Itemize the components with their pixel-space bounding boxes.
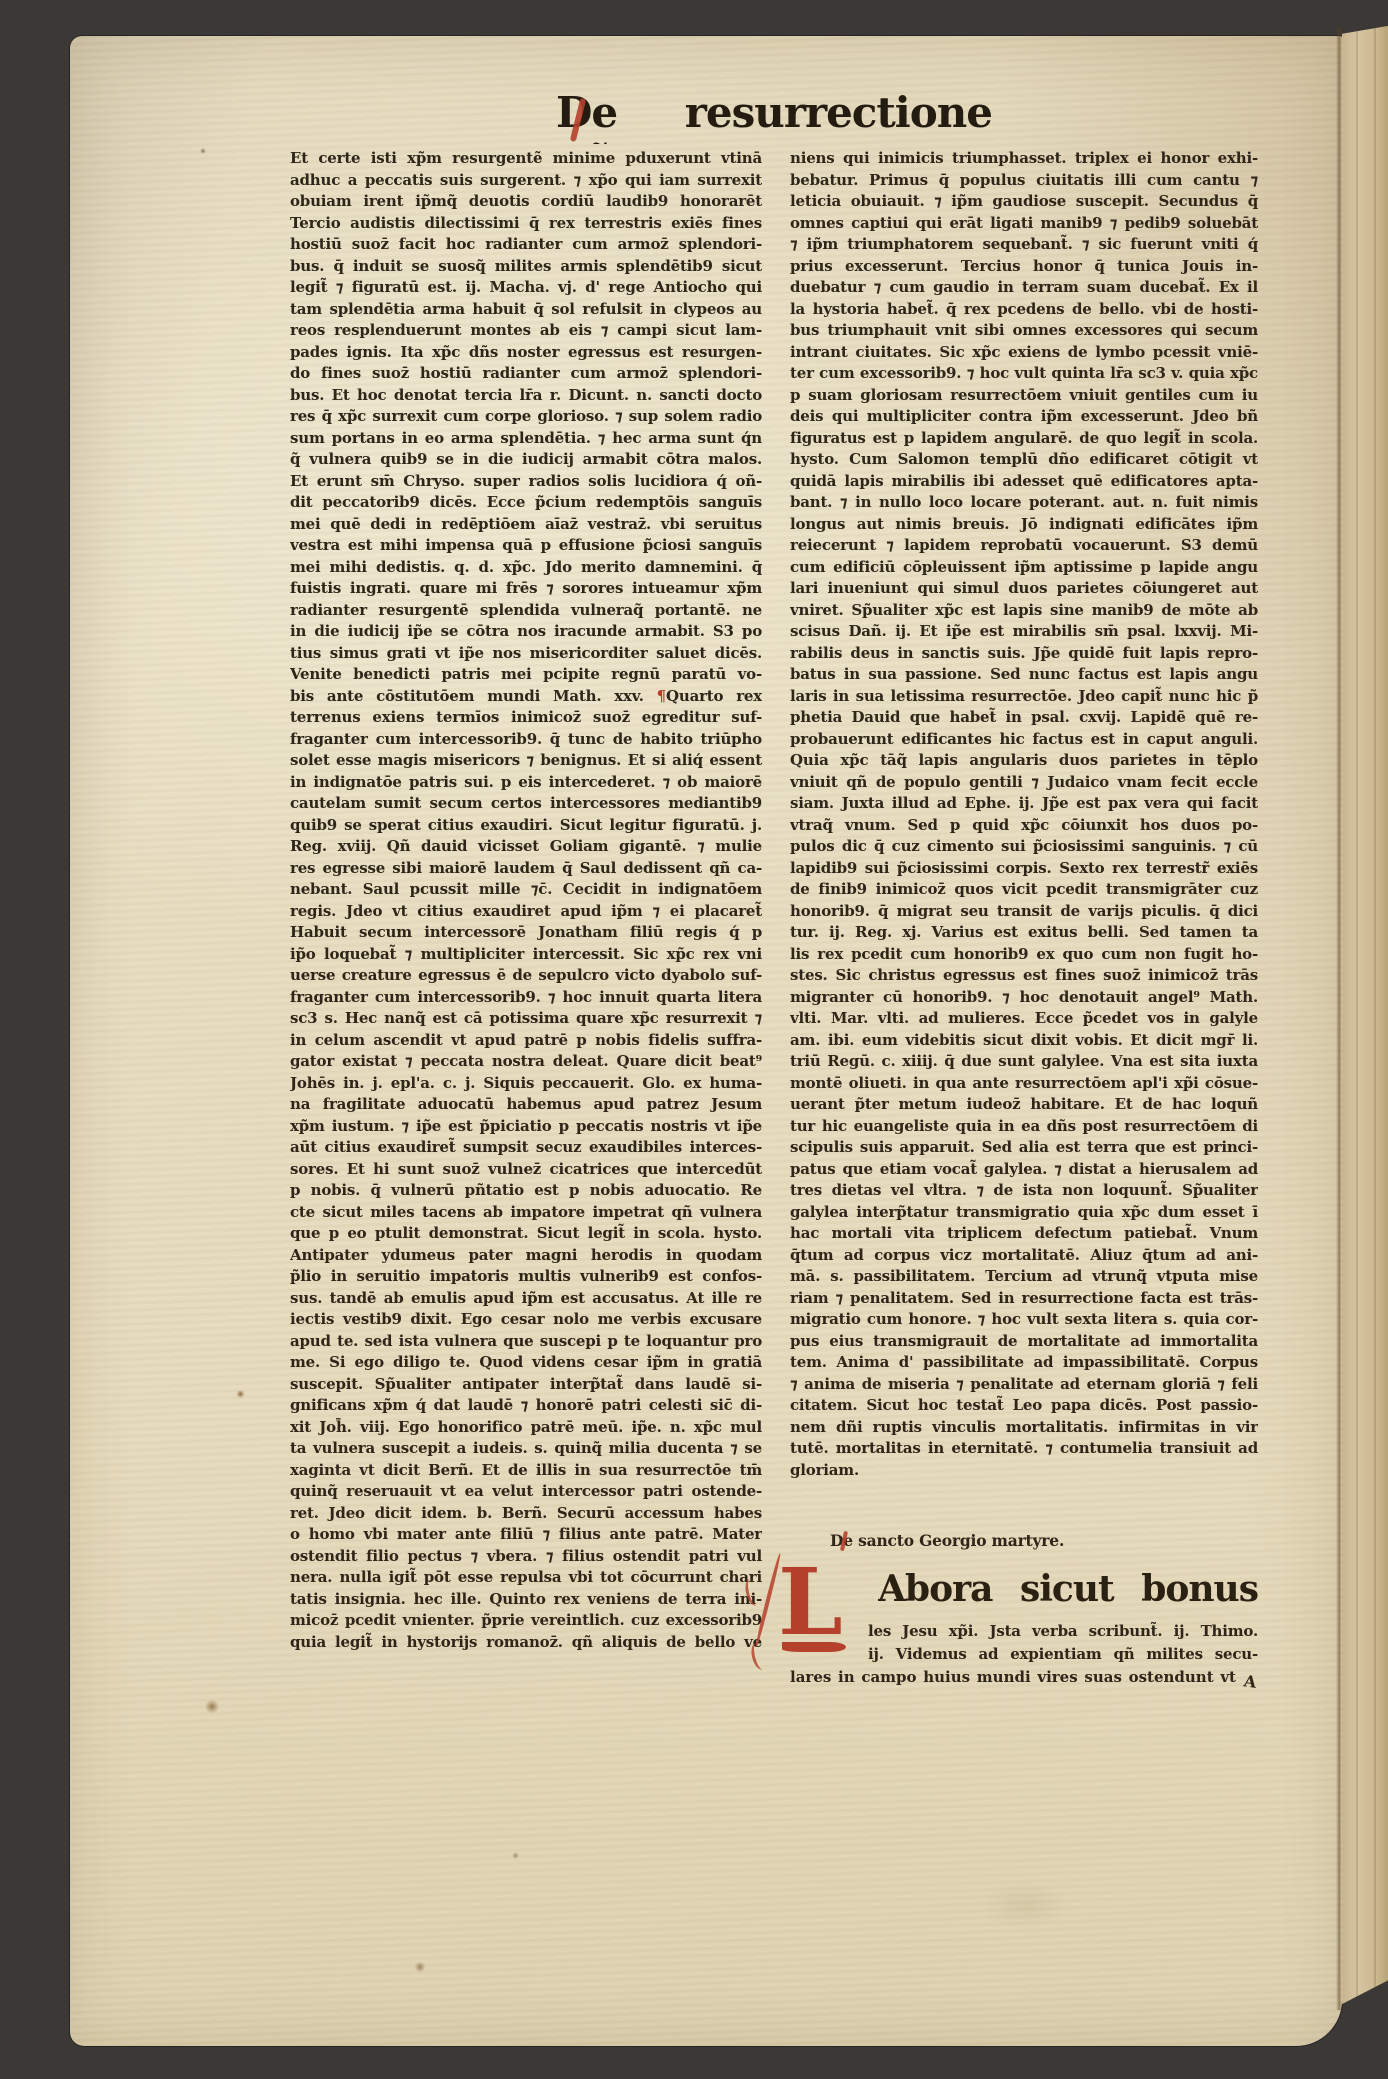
text-line: p̃lio in seruitio impatoris multis vulne… — [290, 1266, 762, 1288]
text-line: ⁊ anima de miseria ⁊ penalitate ad etern… — [790, 1374, 1258, 1396]
text-line: uerse creature egressus ē de sepulcro vi… — [290, 965, 762, 987]
text-line: in celum ascendit vt apud patrē p nobis … — [290, 1030, 762, 1052]
text-line: rabilis deus in sanctis suis. Jp̃e quidē… — [790, 643, 1258, 665]
text-line: honorib9. q̄ migrat seu transit de varij… — [790, 901, 1258, 923]
text-line: omnes captiui qui erāt ligati manib9 ⁊ p… — [790, 213, 1258, 235]
text-line: ret. Jdeo dicit idem. b. Berñ. Securū ac… — [290, 1503, 762, 1525]
quire-signature-mark: A — [1243, 1671, 1258, 1692]
text-line: uerant p̃ter metum iudeoz̄ habitare. Et … — [790, 1094, 1258, 1116]
text-line: Et erunt sm̄ Chryso. super radios solis … — [290, 471, 762, 493]
text-line: duebatur ⁊ cum gaudio in terram suam duc… — [790, 277, 1258, 299]
text-line: Johēs in. j. epl'a. c. j. Siquis peccaue… — [290, 1073, 762, 1095]
text-line: tatis insignia. hec ille. Quinto rex ven… — [290, 1589, 762, 1611]
text-line: vtraq̃ vnum. Sed p quid xp̃c cōiunxit ho… — [790, 815, 1258, 837]
text-line: hysto. Cum Salomon templū dño edificaret… — [790, 449, 1258, 471]
text-line: tur. ij. Reg. xj. Varius est exitus bell… — [790, 922, 1258, 944]
text-line: p nobis. q̄ vulnerū pñtatio est p nobis … — [290, 1180, 762, 1202]
text-line: prius excesserunt. Tercius honor q̄ tuni… — [790, 256, 1258, 278]
text-line: vniuit qñ de populo gentili ⁊ Judaico vn… — [790, 772, 1258, 794]
text-line: gnificans xp̃m q́ dat laudē ⁊ honorē pat… — [290, 1395, 762, 1417]
text-line: scisus Dañ. ij. Et ip̃e est mirabilis sm… — [790, 621, 1258, 643]
text-line: quidā lapis mirabilis ibi adesset quē ed… — [790, 471, 1258, 493]
text-line: riam ⁊ penalitatem. Sed in resurrectione… — [790, 1288, 1258, 1310]
text-line: sores. Et hi sunt suoz̄ vulnez̄ cicatric… — [290, 1159, 762, 1181]
text-line: fraganter cum intercessorib9. ⁊ hoc innu… — [290, 987, 762, 1009]
text-line: q̄tum ad corpus vicz mortalitatē. Aliuz … — [790, 1245, 1258, 1267]
text-line: aūt citius exaudiret̃ sumpsit secuz exau… — [290, 1137, 762, 1159]
text-line: gloriam. — [790, 1460, 1258, 1482]
text-line: na fragilitate aduocatū habemus apud pat… — [290, 1094, 762, 1116]
text-line: nera. nulla igit̃ pōt esse repulsa vbi t… — [290, 1567, 762, 1589]
text-line: obuiam irent ip̃mq̃ deuotis cordiū laudi… — [290, 191, 762, 213]
text-line: niens qui inimicis triumphasset. triplex… — [790, 148, 1258, 170]
incipit-line: les Jesu xp̃i. Jsta verba scribunt̃. ij.… — [868, 1622, 1258, 1644]
text-line: fraganter cum intercessorib9. q̄ tunc de… — [290, 729, 762, 751]
text-line: reiecerunt ⁊ lapidem reprobatū vocauerun… — [790, 535, 1258, 557]
text-line: ta vulnera suscepit a iudeis. s. quinq̃ … — [290, 1438, 762, 1460]
text-line: hostiū suoz̄ facit hoc radianter cum arm… — [290, 234, 762, 256]
text-line: citatem. Sicut hoc testat̃ Leo papa dicē… — [790, 1395, 1258, 1417]
text-line: Et certe isti xp̃m resurgentẽ minime pdu… — [290, 148, 762, 170]
text-line: regis. Jdeo vt citius exaudiret apud ip̃… — [290, 901, 762, 923]
text-line: ip̃o loquebat̃ ⁊ multipliciter intercess… — [290, 944, 762, 966]
text-line: deis qui multipliciter contra ip̃m exces… — [790, 406, 1258, 428]
page-title: De resurrectione dñi — [556, 88, 992, 144]
text-line: suscepit. Sp̃ualiter antipater interp̃ta… — [290, 1374, 762, 1396]
text-line: reos resplenduerunt montes ab eis ⁊ camp… — [290, 320, 762, 342]
text-line: xit Joh̄. viij. Ego honorifico patrē meū… — [290, 1417, 762, 1439]
text-line: res egresse sibi maiorē laudem q̄ Saul d… — [290, 858, 762, 880]
text-line: intrant ciuitates. Sic xp̃c exiens de ly… — [790, 342, 1258, 364]
text-line: in die iudicij ip̃e se cōtra nos iracund… — [290, 621, 762, 643]
text-line: legit̃ ⁊ figuratū est. ij. Macha. vj. d'… — [290, 277, 762, 299]
text-line: in indignatōe patris sui. p eis interced… — [290, 772, 762, 794]
text-line: Quia xp̃c tāq̃ lapis angularis duos pari… — [790, 750, 1258, 772]
text-column-right: niens qui inimicis triumphasset. triplex… — [790, 148, 1258, 1481]
text-line: ⁊ ip̃m triumphatorem sequebant̃. ⁊ sic f… — [790, 234, 1258, 256]
text-line: xaginta vt dicit Berñ. Et de illis in su… — [290, 1460, 762, 1482]
text-line: cautelam sumit secum certos intercessore… — [290, 793, 762, 815]
text-line: cum edificiū cōpleuissent ip̃m aptissime… — [790, 557, 1258, 579]
text-line: terrenus exiens termīos inimicoz̄ suoz̄ … — [290, 707, 762, 729]
fore-edge-streak — [1374, 26, 1376, 2008]
text-line: ostendit filio pectus ⁊ vbera. ⁊ filius … — [290, 1546, 762, 1568]
text-line: scipulis suis apparuit. Sed alia est ter… — [790, 1137, 1258, 1159]
text-line: hac mortali vita triplicem defectum pati… — [790, 1223, 1258, 1245]
book-photo: De resurrectione dñi Et certe isti xp̃m … — [0, 0, 1388, 2079]
text-line: lari inueniunt qui simul duos parietes c… — [790, 578, 1258, 600]
text-line: Tercio audistis dilectissimi q̄ rex terr… — [290, 213, 762, 235]
text-line: bus. q̄ induit se suosq̃ milites armis s… — [290, 256, 762, 278]
text-line: am. ibi. eum videbitis sicut dixit vobis… — [790, 1030, 1258, 1052]
text-line: tius simus grati vt ip̃e nos misericordi… — [290, 643, 762, 665]
text-line: tutē. mortalitas in eternitatē. ⁊ contum… — [790, 1438, 1258, 1460]
text-line: p suam gloriosam resurrectōem vniuit gen… — [790, 385, 1258, 407]
text-line: laris in sua letissima resurrectōe. Jdeo… — [790, 686, 1258, 708]
text-line: leticia obuiauit. ⁊ ip̃m gaudiose suscep… — [790, 191, 1258, 213]
fore-edge-streak — [1356, 26, 1358, 2008]
text-line: bis ante cōstitutōem mundi Math. xxv. ¶Q… — [290, 686, 762, 708]
incipit-large-text: Abora sicut bonus mi — [878, 1568, 1258, 1614]
text-line: vlti. Mar. vlti. ad mulieres. Ecce p̃ced… — [790, 1008, 1258, 1030]
page-crease — [1336, 28, 1342, 2010]
text-line: montē oliueti. in qua ante resurrectōem … — [790, 1073, 1258, 1095]
text-line: bebatur. Primus q̄ populus ciuitatis ill… — [790, 170, 1258, 192]
text-line: bus. Et hoc denotat tercia lr̄a r. Dicun… — [290, 385, 762, 407]
text-column-left: Et certe isti xp̃m resurgentẽ minime pdu… — [290, 148, 762, 1653]
text-line: migranter cū honorib9. ⁊ hoc denotauit a… — [790, 987, 1258, 1009]
text-line: siam. Juxta illud ad Ephe. ij. Jp̃e est … — [790, 793, 1258, 815]
paraph-mark: ¶ — [657, 687, 666, 705]
text-line: pulos dic q̄ cuz cimento sui p̃ciosissim… — [790, 836, 1258, 858]
text-line: quinq̃ reseruauit vt ea velut intercesso… — [290, 1481, 762, 1503]
incipit-full-line: lares in campo huius mundi vires suas os… — [790, 1668, 1236, 1690]
text-line: res q̄ xp̃c surrexit cum corpe glorioso.… — [290, 406, 762, 428]
text-line: batus in sua passione. Sed nunc factus e… — [790, 664, 1258, 686]
text-line: lis rex pcedit cum honorib9 ex quo cum n… — [790, 944, 1258, 966]
text-line: longus aut nimis breuis. Jō indignati ed… — [790, 514, 1258, 536]
text-line: mā. s. passibilitatem. Tercium ad vtrunq… — [790, 1266, 1258, 1288]
text-line: mei mihi dedistis. q. d. xp̃c. Jdo merit… — [290, 557, 762, 579]
lombard-initial-letter: L — [778, 1548, 843, 1656]
text-line: Antipater ydumeus pater magni herodis in… — [290, 1245, 762, 1267]
text-line: phetia Dauid que habet̃ in psal. cxvij. … — [790, 707, 1258, 729]
text-line: lapidib9 sui p̃ciosissimi corpis. Sexto … — [790, 858, 1258, 880]
text-line: nem dñi ruptis vinculis mortalitatis. in… — [790, 1417, 1258, 1439]
text-line: tur hic euangeliste quia in ea dñs post … — [790, 1116, 1258, 1138]
initial-foot — [782, 1642, 846, 1652]
text-line: galylea interp̃tatur transmigratio quia … — [790, 1202, 1258, 1224]
text-line: figuratus est p lapidem angularē. de quo… — [790, 428, 1258, 450]
text-line: la hystoria habet̃. q̄ rex pcedens de be… — [790, 299, 1258, 321]
text-line: pades ignis. Ita xp̃c dñs noster egressu… — [290, 342, 762, 364]
text-line: o homo vbi mater ante filiū ⁊ filius ant… — [290, 1524, 762, 1546]
text-line: mei quē dedi in redēptiōem aīaz̄ vestraz… — [290, 514, 762, 536]
text-line: pus eius transmigrauit de mortalitate ad… — [790, 1331, 1258, 1353]
text-line: fuistis ingrati. quare mi frēs ⁊ sorores… — [290, 578, 762, 600]
text-line: que p eo ptulit demonstrat. Sicut legit̃… — [290, 1223, 762, 1245]
text-line: me. Si ego diligo te. Quod videns cesar … — [290, 1352, 762, 1374]
section-heading: De sancto Georgio martyre. — [830, 1531, 1160, 1550]
text-line: nebant. Saul pcussit mille ⁊c̄. Cecidit … — [290, 879, 762, 901]
text-line: gator existat ⁊ peccata nostra deleat. Q… — [290, 1051, 762, 1073]
text-line: dit peccatorib9 dicēs. Ecce p̃cium redem… — [290, 492, 762, 514]
text-line: probauerunt edificantes hic factus est i… — [790, 729, 1258, 751]
text-line: tres dietas vel vltra. ⁊ de ista non loq… — [790, 1180, 1258, 1202]
text-line: Habuit secum intercessorē Jonatham filiū… — [290, 922, 762, 944]
text-line: tem. Anima d' passibilitate ad impassibi… — [790, 1352, 1258, 1374]
text-line: tam splendētia arma habuit q̄ sol refuls… — [290, 299, 762, 321]
text-line: micoz̄ pcedit vnienter. p̃prie vereintli… — [290, 1610, 762, 1632]
text-line: bant. ⁊ in nullo loco locare poterant. a… — [790, 492, 1258, 514]
text-line: iectis vestib9 dixit. Ego cesar nolo me … — [290, 1309, 762, 1331]
text-line: cte sicut miles tacens ab impatore impet… — [290, 1202, 762, 1224]
text-line: patus que etiam vocat̃ galylea. ⁊ distat… — [790, 1159, 1258, 1181]
text-line: ter cum excessorib9. ⁊ hoc vult quinta l… — [790, 363, 1258, 385]
text-line: q̃ vulnera quib9 se in die iudicij armab… — [290, 449, 762, 471]
text-line: Reg. xviij. Qñ dauid vicisset Goliam gig… — [290, 836, 762, 858]
text-line: Venite benedicti patris mei pcipite regn… — [290, 664, 762, 686]
text-line: radianter resurgentē splendida vulneraq̃… — [290, 600, 762, 622]
lombard-initial: L — [778, 1556, 874, 1674]
text-line: do fines suoz̄ hostiū radianter cum armo… — [290, 363, 762, 385]
text-line: stes. Sic christus egressus est fines su… — [790, 965, 1258, 987]
text-line: triū Regū. c. xiiij. q̄ due sunt galylee… — [790, 1051, 1258, 1073]
incipit-line: ij. Videmus ad expientiam qñ milites sec… — [868, 1645, 1258, 1667]
text-line: solet esse magis misericors ⁊ benignus. … — [290, 750, 762, 772]
text-line: sum portans in eo arma splendētia. ⁊ hec… — [290, 428, 762, 450]
text-line: xp̃m iustum. ⁊ ip̃e est p̃piciatio p pec… — [290, 1116, 762, 1138]
text-line: adhuc a peccatis suis surgerent. ⁊ xp̃o … — [290, 170, 762, 192]
text-line: sc3 s. Hec nanq̃ est cā potissima quare … — [290, 1008, 762, 1030]
text-line: vestra est mihi impensa quā p effusione … — [290, 535, 762, 557]
text-line: migratio cum honore. ⁊ hoc vult sexta li… — [790, 1309, 1258, 1331]
text-line: vniret. Sp̃ualiter xp̃c est lapis sine m… — [790, 600, 1258, 622]
text-line: apud te. sed ista vulnera que suscepi p … — [290, 1331, 762, 1353]
text-line: sus. tandē ab emulis apud ip̃m est accus… — [290, 1288, 762, 1310]
book-fore-edge — [1342, 26, 1388, 2008]
text-line: quib9 se sperat citius exaudiri. Sicut l… — [290, 815, 762, 837]
text-line: de finib9 inimicoz̄ quos vicit pcedit tr… — [790, 879, 1258, 901]
text-line: bus triumphauit vnit sibi omnes excessor… — [790, 320, 1258, 342]
text-line: quia legit̃ in hystorijs romanoz̄. qñ al… — [290, 1632, 762, 1654]
